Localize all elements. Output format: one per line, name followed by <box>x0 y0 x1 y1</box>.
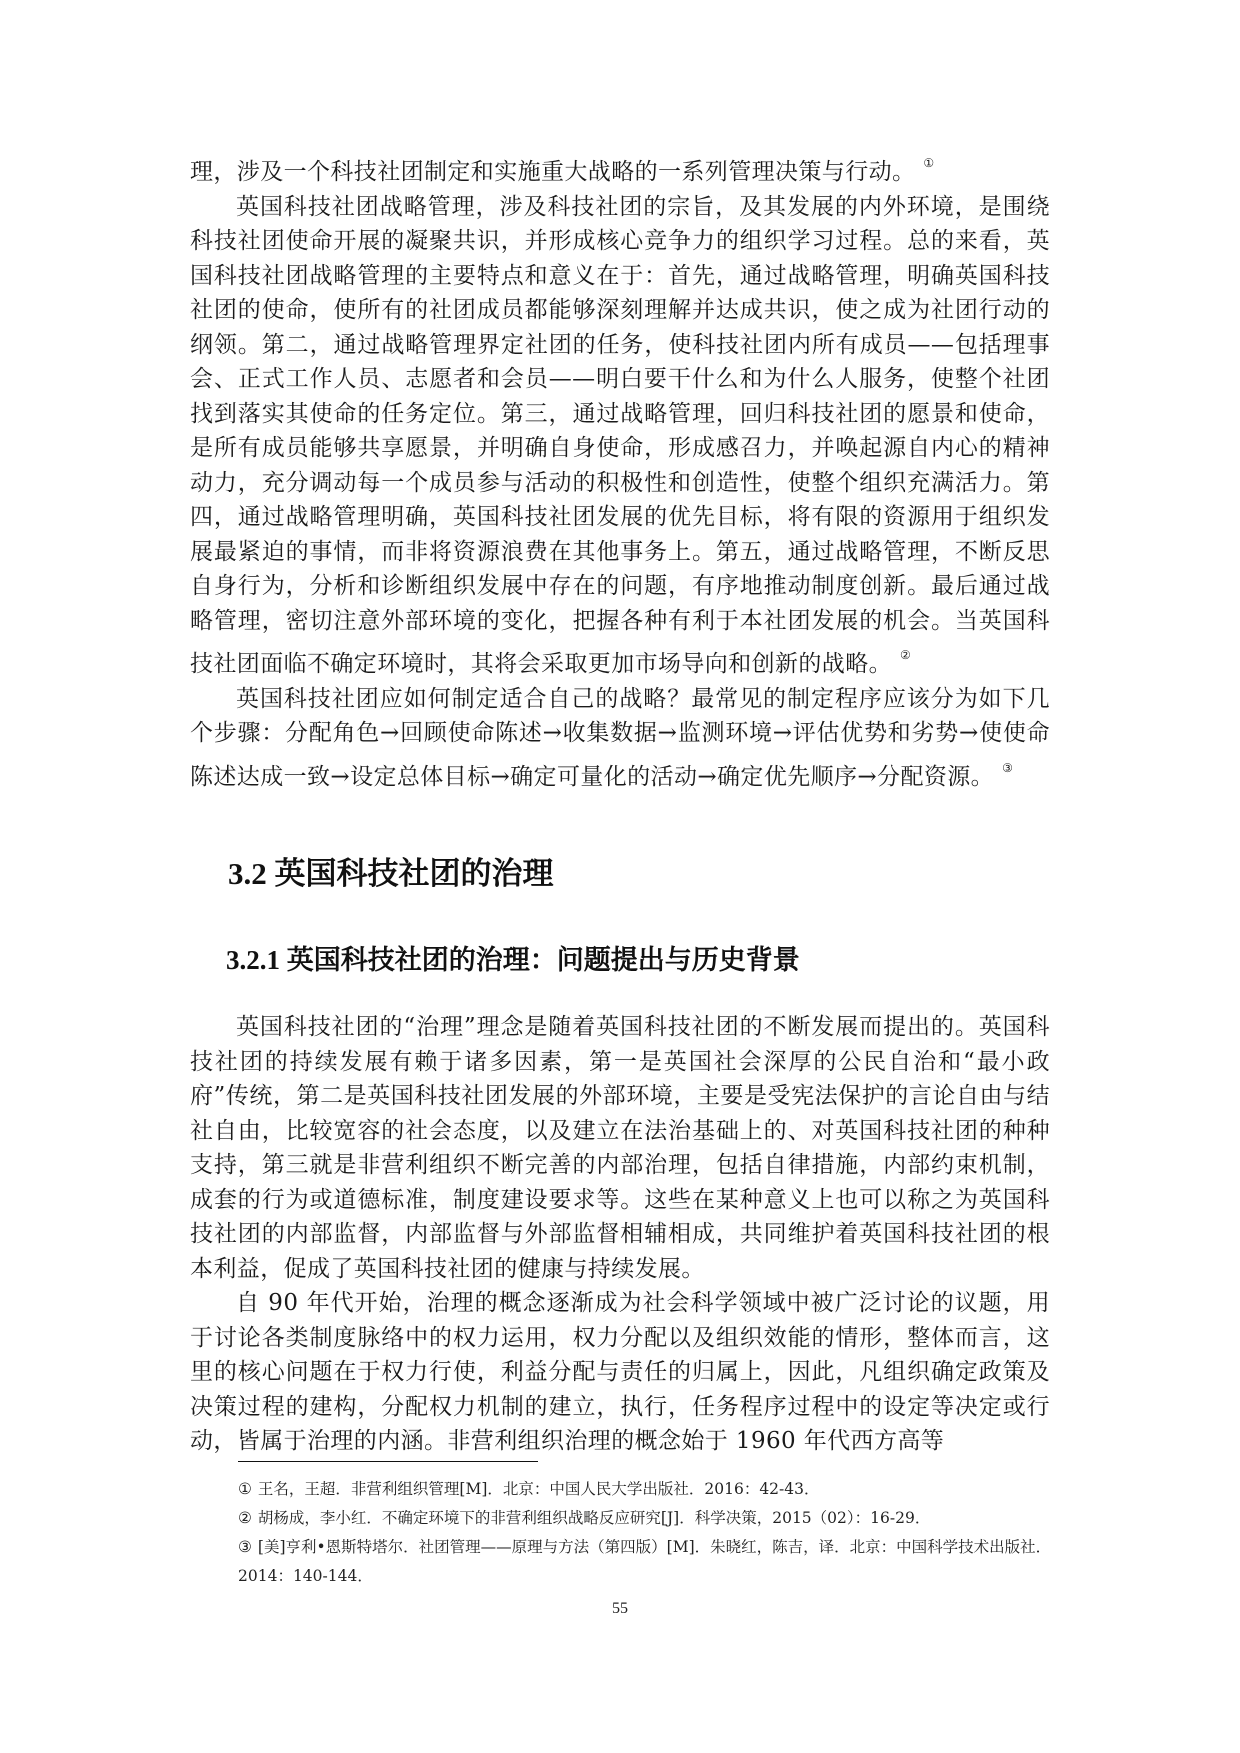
footnote-ref-2[interactable]: ② <box>900 648 911 662</box>
footnote-3: ③[美]亨利•恩斯特塔尔．社团管理——原理与方法（第四版）[M]．朱晓红，陈吉，… <box>238 1533 1058 1591</box>
paragraph-strategy-management: 英国科技社团战略管理，涉及科技社团的宗旨，及其发展的内外环境，是围绕科技社团使命… <box>190 190 1050 682</box>
page-number: 55 <box>0 1600 1240 1618</box>
footnote-number: ③ <box>238 1538 252 1556</box>
footnote-ref-3[interactable]: ③ <box>1002 761 1013 775</box>
footnote-number: ② <box>238 1509 252 1527</box>
paragraph-governance-concept: 英国科技社团的“治理”理念是随着英国科技社团的不断发展而提出的。英国科技社团的持… <box>190 1010 1050 1286</box>
paragraph-strategy-steps: 英国科技社团应如何制定适合自己的战略？最常见的制定程序应该分为如下几个步骤：分配… <box>190 682 1050 795</box>
document-page: 理，涉及一个科技社团制定和实施重大战略的一系列管理决策与行动。① 英国科技社团战… <box>0 0 1240 1753</box>
paragraph-governance-history: 自 90 年代开始，治理的概念逐渐成为社会科学领域中被广泛讨论的议题，用于讨论各… <box>190 1286 1050 1459</box>
footnote-ref-1[interactable]: ① <box>923 156 934 170</box>
footnote-number: ① <box>238 1480 252 1498</box>
footnote-1: ①王名，王超．非营利组织管理[M]．北京：中国人民大学出版社．2016：42-4… <box>238 1475 1058 1504</box>
footnote-separator <box>238 1461 538 1462</box>
footnote-text: 胡杨成，李小红．不确定环境下的非营利组织战略反应研究[J]．科学决策，2015（… <box>258 1509 930 1527</box>
footnotes: ①王名，王超．非营利组织管理[M]．北京：中国人民大学出版社．2016：42-4… <box>238 1475 1058 1591</box>
footnote-2: ②胡杨成，李小红．不确定环境下的非营利组织战略反应研究[J]．科学决策，2015… <box>238 1504 1058 1533</box>
footnote-text: [美]亨利•恩斯特塔尔．社团管理——原理与方法（第四版）[M]．朱晓红，陈吉，译… <box>238 1538 1051 1585</box>
top-body-text: 理，涉及一个科技社团制定和实施重大战略的一系列管理决策与行动。① 英国科技社团战… <box>190 146 1050 794</box>
footnote-text: 王名，王超．非营利组织管理[M]．北京：中国人民大学出版社．2016：42-43… <box>258 1480 820 1498</box>
paragraph-text: 英国科技社团应如何制定适合自己的战略？最常见的制定程序应该分为如下几个步骤：分配… <box>190 686 1050 790</box>
subsection-heading: 3.2.1 英国科技社团的治理：问题提出与历史背景 <box>226 938 800 977</box>
subsection-body-text: 英国科技社团的“治理”理念是随着英国科技社团的不断发展而提出的。英国科技社团的持… <box>190 1010 1050 1459</box>
section-heading: 3.2 英国科技社团的治理 <box>228 848 554 893</box>
paragraph-text: 英国科技社团的“治理”理念是随着英国科技社团的不断发展而提出的。英国科技社团的持… <box>190 1014 1050 1282</box>
paragraph-text: 英国科技社团战略管理，涉及科技社团的宗旨，及其发展的内外环境，是围绕科技社团使命… <box>190 194 1050 678</box>
paragraph-text: 自 90 年代开始，治理的概念逐渐成为社会科学领域中被广泛讨论的议题，用于讨论各… <box>190 1290 1050 1454</box>
paragraph-continuation: 理，涉及一个科技社团制定和实施重大战略的一系列管理决策与行动。① <box>190 146 1050 190</box>
paragraph-text: 理，涉及一个科技社团制定和实施重大战略的一系列管理决策与行动。 <box>190 159 915 185</box>
